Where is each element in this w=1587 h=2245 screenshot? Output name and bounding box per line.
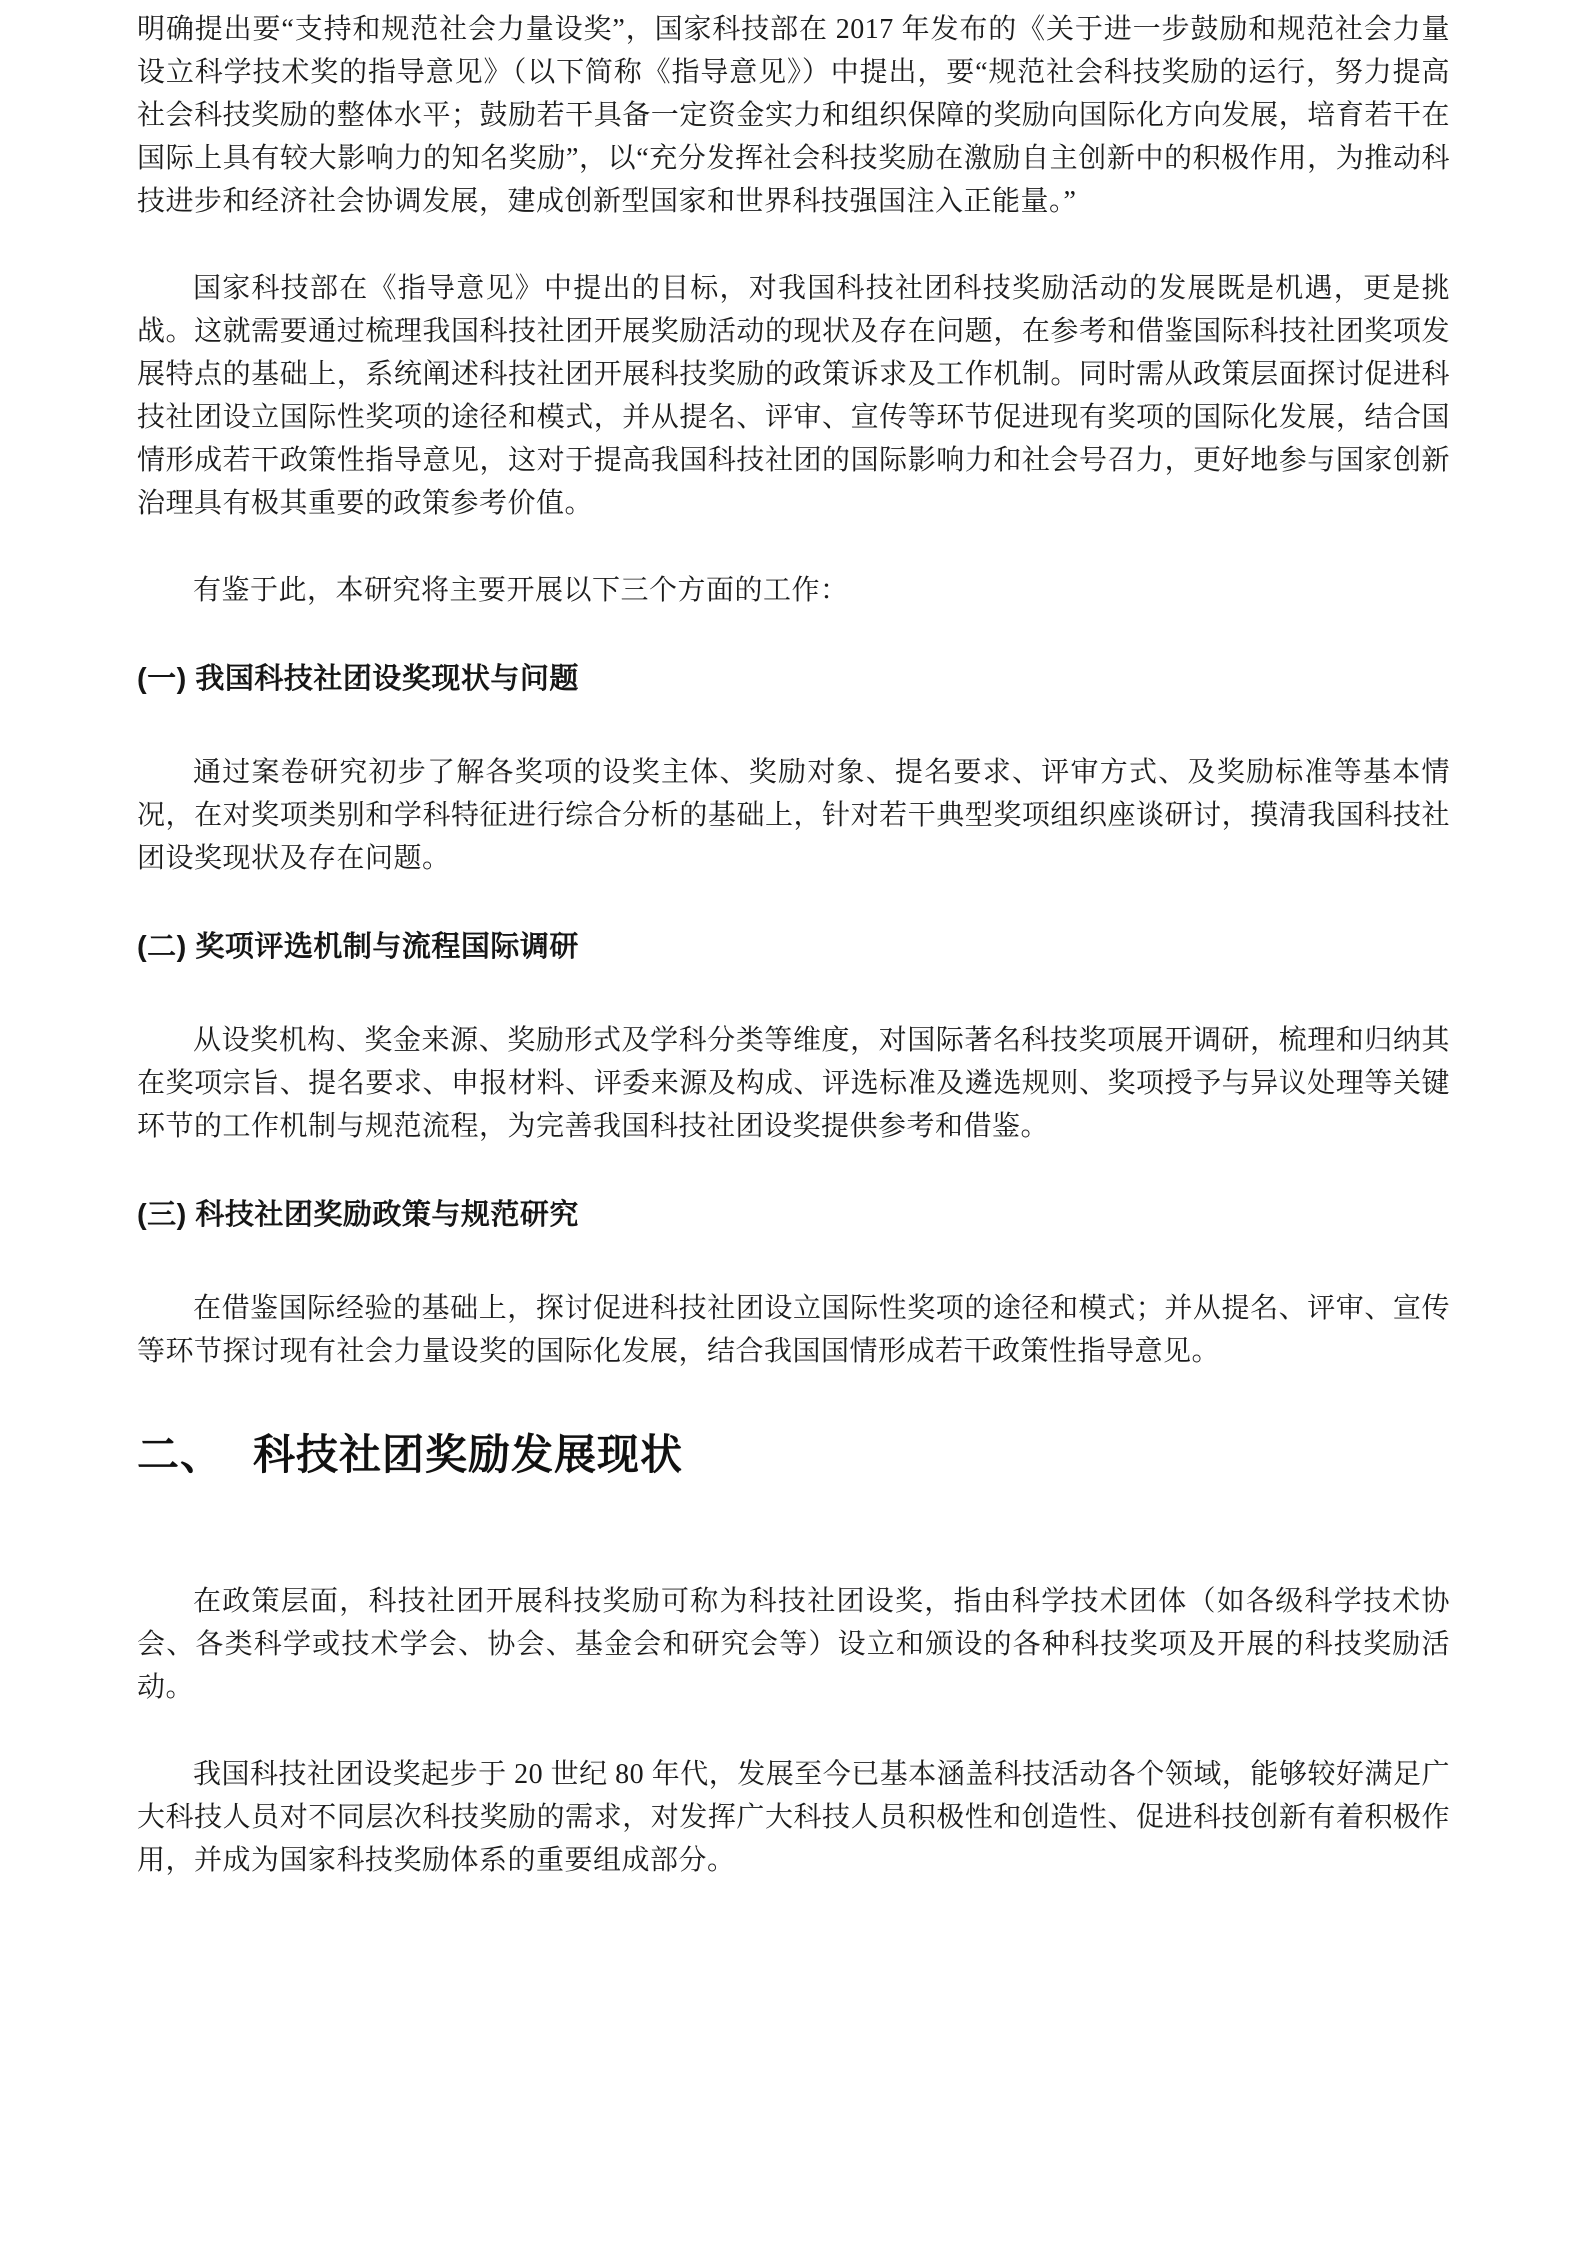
section-heading-current-status: (一) 我国科技社团设奖现状与问题 xyxy=(137,658,1450,701)
chapter-heading: 二、科技社团奖励发展现状 xyxy=(137,1425,1450,1485)
chapter-paragraph-history: 我国科技社团设奖起步于 20 世纪 80 年代，发展至今已基本涵盖科技活动各个领… xyxy=(137,1753,1450,1882)
chapter-paragraph-definition: 在政策层面，科技社团开展科技奖励可称为科技社团设奖，指由科学技术团体（如各级科学… xyxy=(137,1580,1450,1709)
chapter-title: 科技社团奖励发展现状 xyxy=(253,1431,683,1478)
section-heading-international-research: (二) 奖项评选机制与流程国际调研 xyxy=(137,926,1450,969)
section-heading-policy-research: (三) 科技社团奖励政策与规范研究 xyxy=(137,1194,1450,1237)
section-body-international-research: 从设奖机构、奖金来源、奖励形式及学科分类等维度，对国际著名科技奖项展开调研，梳理… xyxy=(137,1019,1450,1148)
section-body-policy-research: 在借鉴国际经验的基础上，探讨促进科技社团设立国际性奖项的途径和模式；并从提名、评… xyxy=(137,1287,1450,1373)
paragraph-goal-analysis: 国家科技部在《指导意见》中提出的目标，对我国科技社团科技奖励活动的发展既是机遇，… xyxy=(137,267,1450,525)
chapter-number: 二、 xyxy=(137,1431,223,1478)
paragraph-lead-in: 有鉴于此，本研究将主要开展以下三个方面的工作： xyxy=(137,569,1450,612)
section-body-current-status: 通过案卷研究初步了解各奖项的设奖主体、奖励对象、提名要求、评审方式、及奖励标准等… xyxy=(137,751,1450,880)
document-page: 明确提出要“支持和规范社会力量设奖”，国家科技部在 2017 年发布的《关于进一… xyxy=(0,0,1587,2245)
paragraph-policy-quote: 明确提出要“支持和规范社会力量设奖”，国家科技部在 2017 年发布的《关于进一… xyxy=(137,8,1450,223)
